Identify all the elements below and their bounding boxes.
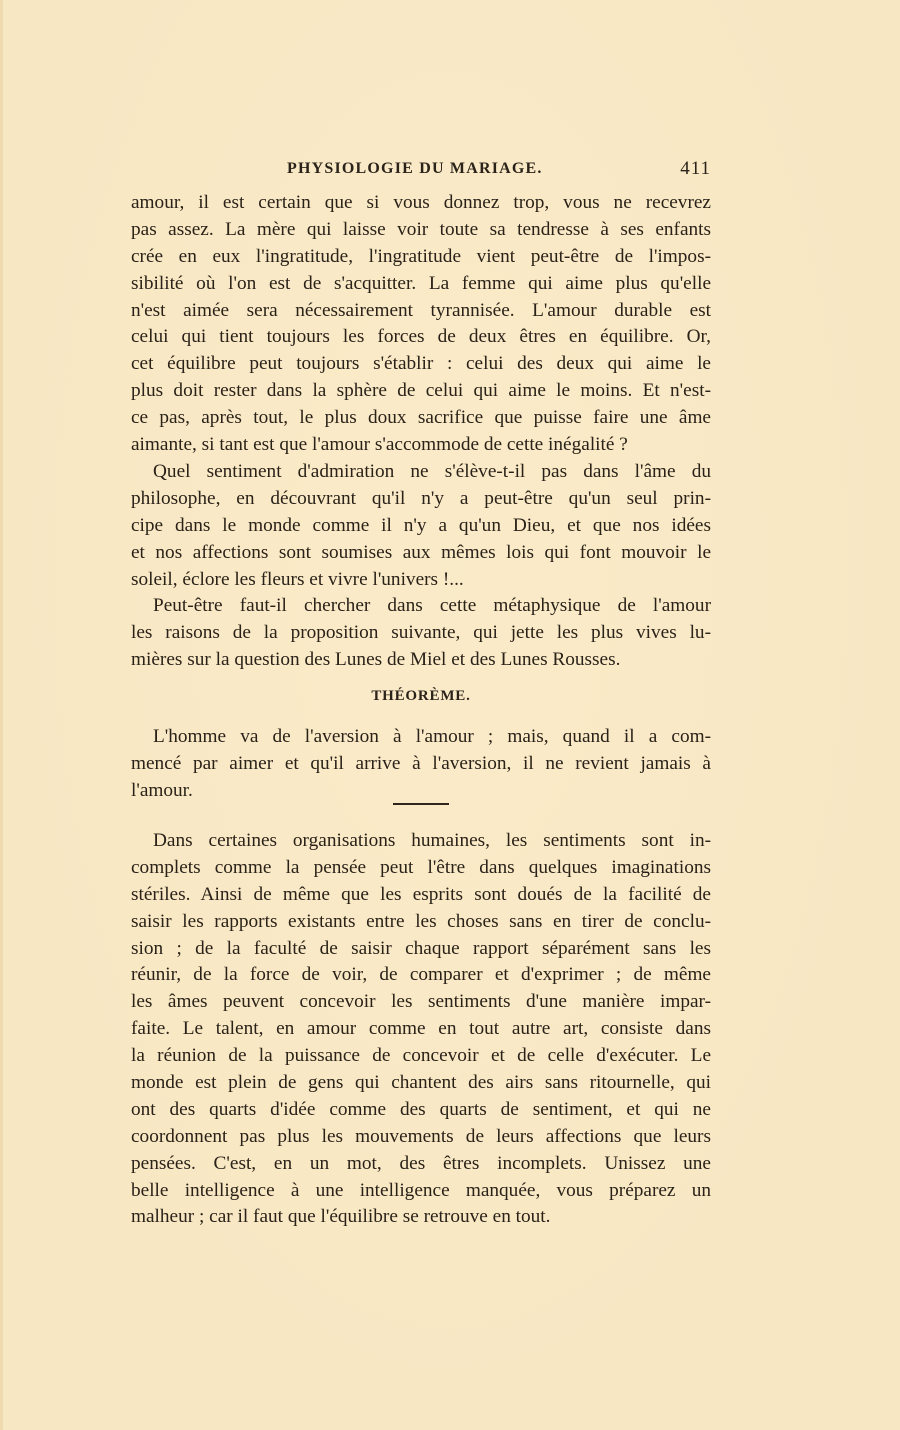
text-line: complets comme la pensée peut l'être dan… <box>131 855 711 882</box>
text-line: ce pas, après tout, le plus doux sacrifi… <box>131 405 711 432</box>
text-line: celui qui tient toujours les forces de d… <box>131 324 711 351</box>
text-line: n'est aimée sera nécessairement tyrannis… <box>131 298 711 325</box>
text-line: philosophe, en découvrant qu'il n'y a pe… <box>131 486 711 513</box>
text-line: mencé par aimer et qu'il arrive à l'aver… <box>131 751 711 778</box>
text-line: les raisons de la proposition suivante, … <box>131 620 711 647</box>
text-line: soleil, éclore les fleurs et vivre l'uni… <box>131 567 711 594</box>
paragraph-4: Dans certaines organisations humaines, l… <box>131 828 711 1231</box>
text-line: ont des quarts d'idée comme des quarts d… <box>131 1097 711 1124</box>
page-number: 411 <box>680 158 711 180</box>
text-line: l'amour. <box>131 778 711 805</box>
text-line: réunir, de la force de voir, de comparer… <box>131 962 711 989</box>
paragraph-2: Quel sentiment d'admiration ne s'élève-t… <box>131 459 711 593</box>
text-line: faite. Le talent, en amour comme en tout… <box>131 1016 711 1043</box>
running-head: PHYSIOLOGIE DU MARIAGE. 411 <box>131 158 711 182</box>
page-edge <box>0 0 3 1430</box>
text-line: belle intelligence à une intelligence ma… <box>131 1178 711 1205</box>
text-line: Peut-être faut-il chercher dans cette mé… <box>131 593 711 620</box>
theorem-heading: THÉORÈME. <box>131 688 711 705</box>
text-line: sion ; de la faculté de saisir chaque ra… <box>131 936 711 963</box>
paragraph-1: amour, il est certain que si vous donnez… <box>131 190 711 459</box>
text-line: la réunion de la puissance de concevoir … <box>131 1043 711 1070</box>
text-line: L'homme va de l'aversion à l'amour ; mai… <box>131 724 711 751</box>
text-line: les âmes peuvent concevoir les sentiment… <box>131 989 711 1016</box>
text-line: malheur ; car il faut que l'équilibre se… <box>131 1204 711 1231</box>
running-title: PHYSIOLOGIE DU MARIAGE. <box>287 160 543 178</box>
text-line: pas assez. La mère qui laisse voir toute… <box>131 217 711 244</box>
text-line: mières sur la question des Lunes de Miel… <box>131 647 711 674</box>
text-line: aimante, si tant est que l'amour s'accom… <box>131 432 711 459</box>
text-line: saisir les rapports existants entre les … <box>131 909 711 936</box>
text-line: crée en eux l'ingratitude, l'ingratitude… <box>131 244 711 271</box>
text-line: sibilité où l'on est de s'acquitter. La … <box>131 271 711 298</box>
text-line: pensées. C'est, en un mot, des êtres inc… <box>131 1151 711 1178</box>
text-line: coordonnent pas plus les mouvements de l… <box>131 1124 711 1151</box>
theorem-text: L'homme va de l'aversion à l'amour ; mai… <box>131 724 711 805</box>
section-divider <box>393 803 449 805</box>
text-line: cipe dans le monde comme il n'y a qu'un … <box>131 513 711 540</box>
text-line: amour, il est certain que si vous donnez… <box>131 190 711 217</box>
paragraph-3: Peut-être faut-il chercher dans cette mé… <box>131 593 711 674</box>
text-line: Dans certaines organisations humaines, l… <box>131 828 711 855</box>
text-line: Quel sentiment d'admiration ne s'élève-t… <box>131 459 711 486</box>
book-page: PHYSIOLOGIE DU MARIAGE. 411 amour, il es… <box>0 0 900 1430</box>
text-line: monde est plein de gens qui chantent des… <box>131 1070 711 1097</box>
text-line: cet équilibre peut toujours s'établir : … <box>131 351 711 378</box>
text-line: stériles. Ainsi de même que les esprits … <box>131 882 711 909</box>
text-line: et nos affections sont soumises aux même… <box>131 540 711 567</box>
text-line: plus doit rester dans la sphère de celui… <box>131 378 711 405</box>
